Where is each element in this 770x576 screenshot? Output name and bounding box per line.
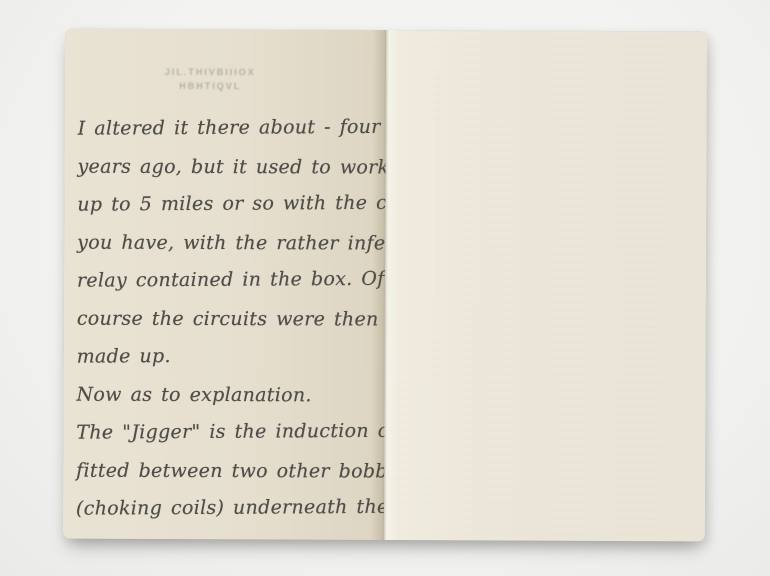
handwritten-line: made up.	[77, 336, 397, 376]
handwritten-line: Now as to explanation.	[76, 376, 396, 415]
handwritten-line: you have, with the rather inferior	[77, 224, 397, 263]
photograph-backdrop: JIL.THIVBIIIOX HBHTIQVL I altered it the…	[0, 0, 770, 576]
letter-paper: JIL.THIVBIIIOX HBHTIQVL I altered it the…	[63, 29, 707, 542]
handwritten-line: (choking coils) underneath the	[76, 488, 396, 528]
handwritten-line: course the circuits were then differentl…	[77, 300, 397, 339]
left-page-handwriting: I altered it there about - four years ag…	[76, 110, 398, 529]
handwritten-line: relay contained in the box. Of	[77, 260, 397, 300]
embossed-letterhead-line1: JIL.THIVBIIIOX	[103, 65, 318, 80]
embossed-letterhead: JIL.THIVBIIIOX HBHTIQVL	[103, 65, 318, 94]
paper-texture-lines	[384, 30, 707, 541]
handwritten-line: fitted between two other bobbins	[76, 452, 396, 491]
handwritten-line: The "Jigger" is the induction coil	[76, 412, 396, 452]
letter-page-left: JIL.THIVBIIIOX HBHTIQVL I altered it the…	[63, 29, 386, 540]
embossed-letterhead-line2: HBHTIQVL	[103, 79, 318, 94]
letter-page-right: main ebonite plate. (Don't disturb any s…	[384, 30, 707, 541]
handwritten-line: up to 5 miles or so with the coil	[77, 184, 397, 224]
handwritten-line: years ago, but it used to work	[77, 148, 397, 187]
handwritten-line: I altered it there about - four	[78, 108, 398, 148]
